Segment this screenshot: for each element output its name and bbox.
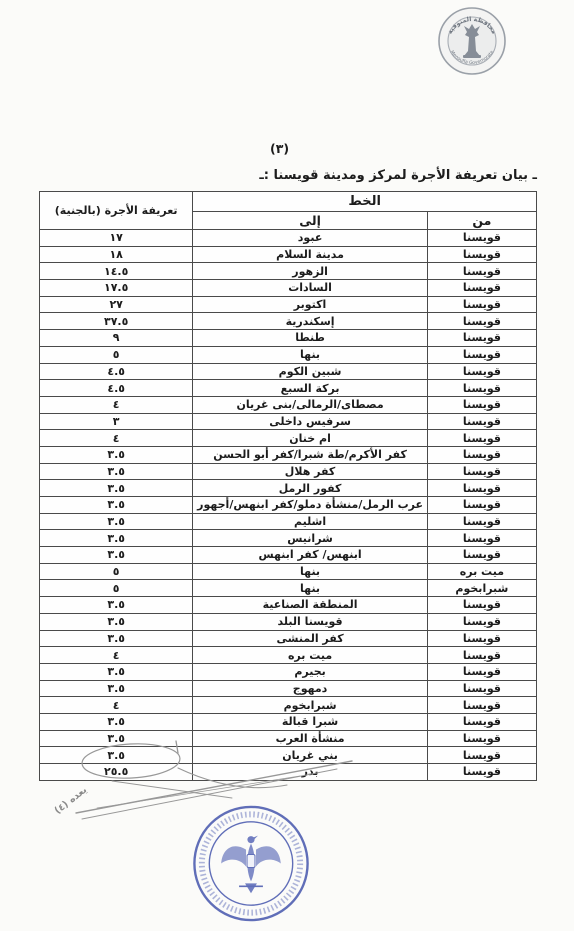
fare-row: قويسناشبين الكوم٤.٥ — [40, 363, 537, 380]
fare-cell: ٣.٥ — [40, 630, 193, 647]
fare-cell: ١٨ — [40, 246, 193, 263]
to-cell: منشأة العرب — [193, 730, 427, 747]
fare-cell: ١٧.٥ — [40, 280, 193, 297]
scanned-document-page: { "page": { "number_label": "(٣)", "titl… — [0, 0, 574, 931]
to-cell: المنطقة الصناعية — [193, 597, 427, 614]
to-cell: مدينة السلام — [193, 246, 427, 263]
from-cell: قويسنا — [427, 246, 536, 263]
to-cell: طنطا — [193, 330, 427, 347]
fare-cell: ٣.٥ — [40, 513, 193, 530]
from-cell: قويسنا — [427, 680, 536, 697]
fare-row: قويسناالمنطقة الصناعية٣.٥ — [40, 597, 537, 614]
fare-row: قويسنامدينة السلام١٨ — [40, 246, 537, 263]
from-cell: قويسنا — [427, 380, 536, 397]
from-cell: قويسنا — [427, 313, 536, 330]
from-cell: قويسنا — [427, 730, 536, 747]
to-cell: سرفيس داخلى — [193, 413, 427, 430]
fare-row: قويسنابني غريان٣.٥ — [40, 747, 537, 764]
table-group-header-row: الخط تعريفة الأجرة (بالجنية) — [40, 192, 537, 212]
fare-row: قويسناسرفيس داخلى٣ — [40, 413, 537, 430]
fare-cell: ٣.٥ — [40, 680, 193, 697]
fare-cell: ٤ — [40, 697, 193, 714]
to-cell: إسكندرية — [193, 313, 427, 330]
fare-cell: ٣ — [40, 413, 193, 430]
fare-cell: ٣.٥ — [40, 597, 193, 614]
to-cell: ام خنان — [193, 430, 427, 447]
from-cell: قويسنا — [427, 663, 536, 680]
column-group-line: الخط — [193, 192, 537, 212]
to-cell: بني غريان — [193, 747, 427, 764]
from-cell: قويسنا — [427, 280, 536, 297]
fare-row: قويسناشبرابخوم٤ — [40, 697, 537, 714]
to-cell: السادات — [193, 280, 427, 297]
fare-cell: ٤ — [40, 430, 193, 447]
fare-row: قويسنااشليم٣.٥ — [40, 513, 537, 530]
to-cell: بنها — [193, 346, 427, 363]
fare-cell: ٥ — [40, 563, 193, 580]
to-cell: قويسنا البلد — [193, 613, 427, 630]
fare-row: قويسنامنشأة العرب٣.٥ — [40, 730, 537, 747]
fare-cell: ٣٧.٥ — [40, 313, 193, 330]
fare-cell: ٤ — [40, 647, 193, 664]
fare-row: قويسناعرب الرمل/منشأة دملو/كفر ابنهس/أجه… — [40, 497, 537, 514]
column-header-fare: تعريفة الأجرة (بالجنية) — [40, 192, 193, 230]
from-cell: قويسنا — [427, 513, 536, 530]
from-cell: قويسنا — [427, 613, 536, 630]
to-cell: بنها — [193, 563, 427, 580]
to-cell: ميت بره — [193, 647, 427, 664]
fare-row: قويسناابنهس/ كفر ابنهس٣.٥ — [40, 547, 537, 564]
to-cell: عبود — [193, 230, 427, 247]
fare-cell: ٣.٥ — [40, 663, 193, 680]
fare-row: قويسناكفر الأكرم/طة شبرا/كفر أبو الحسن٣.… — [40, 446, 537, 463]
fare-table: الخط تعريفة الأجرة (بالجنية) من إلى قويس… — [39, 191, 537, 781]
fare-row: قويسنااكتوبر٢٧ — [40, 296, 537, 313]
fare-cell: ٣.٥ — [40, 480, 193, 497]
fare-cell: ١٤.٥ — [40, 263, 193, 280]
fare-cell: ٥ — [40, 580, 193, 597]
from-cell: قويسنا — [427, 530, 536, 547]
to-cell: اشليم — [193, 513, 427, 530]
from-cell: قويسنا — [427, 463, 536, 480]
fare-row: قويسنابركة السبع٤.٥ — [40, 380, 537, 397]
fare-table-body: قويسناعبود١٧قويسنامدينة السلام١٨قويسناال… — [40, 230, 537, 781]
fare-cell: ٣.٥ — [40, 713, 193, 730]
fare-cell: ٣.٥ — [40, 613, 193, 630]
fare-cell: ٣.٥ — [40, 446, 193, 463]
to-cell: شبرابخوم — [193, 697, 427, 714]
to-cell: بدر — [193, 764, 427, 781]
from-cell: قويسنا — [427, 630, 536, 647]
official-eagle-stamp-icon — [189, 792, 313, 931]
to-cell: كفر الأكرم/طة شبرا/كفر أبو الحسن — [193, 446, 427, 463]
fare-cell: ٥ — [40, 346, 193, 363]
fare-row: قويسناام خنان٤ — [40, 430, 537, 447]
fare-cell: ٣.٥ — [40, 747, 193, 764]
fare-cell: ١٧ — [40, 230, 193, 247]
to-cell: عرب الرمل/منشأة دملو/كفر ابنهس/أجهور — [193, 497, 427, 514]
to-cell: ابنهس/ كفر ابنهس — [193, 547, 427, 564]
fare-row: قويسنابجيرم٣.٥ — [40, 663, 537, 680]
from-cell: قويسنا — [427, 747, 536, 764]
fare-row: قويسناقويسنا البلد٣.٥ — [40, 613, 537, 630]
from-cell: قويسنا — [427, 647, 536, 664]
fare-cell: ٣.٥ — [40, 530, 193, 547]
from-cell: قويسنا — [427, 446, 536, 463]
fare-row: ميت برهبنها٥ — [40, 563, 537, 580]
to-cell: شبين الكوم — [193, 363, 427, 380]
column-header-from: من — [427, 212, 536, 230]
menoufia-governorate-emblem-icon: محافظة المنوفية Menoufia Governorate — [437, 6, 507, 76]
to-cell: اكتوبر — [193, 296, 427, 313]
from-cell: قويسنا — [427, 497, 536, 514]
from-cell: قويسنا — [427, 697, 536, 714]
fare-cell: ٣.٥ — [40, 463, 193, 480]
fare-row: قويسناالزهور١٤.٥ — [40, 263, 537, 280]
fare-row: قويسنابنها٥ — [40, 346, 537, 363]
from-cell: قويسنا — [427, 330, 536, 347]
fare-cell: ٤.٥ — [40, 380, 193, 397]
to-cell: كفر المنشى — [193, 630, 427, 647]
to-cell: بجيرم — [193, 663, 427, 680]
from-cell: قويسنا — [427, 480, 536, 497]
fare-cell: ٩ — [40, 330, 193, 347]
from-cell: قويسنا — [427, 713, 536, 730]
fare-row: شبرابخومبنها٥ — [40, 580, 537, 597]
to-cell: بنها — [193, 580, 427, 597]
from-cell: شبرابخوم — [427, 580, 536, 597]
fare-cell: ٤.٥ — [40, 363, 193, 380]
fare-row: قويسنامصطاى/الرمالى/بنى غريان٤ — [40, 396, 537, 413]
from-cell: ميت بره — [427, 563, 536, 580]
to-cell: الزهور — [193, 263, 427, 280]
fare-cell: ٤ — [40, 396, 193, 413]
to-cell: مصطاى/الرمالى/بنى غريان — [193, 396, 427, 413]
from-cell: قويسنا — [427, 430, 536, 447]
fare-row: قويسناشرانيس٣.٥ — [40, 530, 537, 547]
from-cell: قويسنا — [427, 396, 536, 413]
fare-cell: ٣.٥ — [40, 497, 193, 514]
fare-row: قويسناكفور الرمل٣.٥ — [40, 480, 537, 497]
from-cell: قويسنا — [427, 263, 536, 280]
column-header-to: إلى — [193, 212, 427, 230]
fare-cell: ٢٧ — [40, 296, 193, 313]
fare-row: قويسنابدر٢٥.٥ — [40, 764, 537, 781]
to-cell: دمهوج — [193, 680, 427, 697]
fare-row: قويسناعبود١٧ — [40, 230, 537, 247]
from-cell: قويسنا — [427, 346, 536, 363]
from-cell: قويسنا — [427, 597, 536, 614]
fare-cell: ٢٥.٥ — [40, 764, 193, 781]
from-cell: قويسنا — [427, 230, 536, 247]
to-cell: كفر هلال — [193, 463, 427, 480]
fare-row: قويسناكفر هلال٣.٥ — [40, 463, 537, 480]
fare-row: قويسناميت بره٤ — [40, 647, 537, 664]
to-cell: بركة السبع — [193, 380, 427, 397]
from-cell: قويسنا — [427, 363, 536, 380]
fare-row: قويسنادمهوج٣.٥ — [40, 680, 537, 697]
page-title: ـ بيان تعريفة الأجرة لمركز ومدينة قويسنا… — [259, 168, 537, 183]
from-cell: قويسنا — [427, 296, 536, 313]
fare-row: قويسناإسكندرية٣٧.٥ — [40, 313, 537, 330]
fare-row: قويسناكفر المنشى٣.٥ — [40, 630, 537, 647]
page-number: (٣) — [270, 141, 289, 156]
to-cell: شبرا قبالة — [193, 713, 427, 730]
from-cell: قويسنا — [427, 547, 536, 564]
fare-cell: ٣.٥ — [40, 547, 193, 564]
to-cell: شرانيس — [193, 530, 427, 547]
from-cell: قويسنا — [427, 764, 536, 781]
from-cell: قويسنا — [427, 413, 536, 430]
to-cell: كفور الرمل — [193, 480, 427, 497]
handwritten-note: يعده (٤) — [53, 785, 90, 817]
fare-row: قويسناالسادات١٧.٥ — [40, 280, 537, 297]
fare-row: قويسناطنطا٩ — [40, 330, 537, 347]
fare-row: قويسناشبرا قبالة٣.٥ — [40, 713, 537, 730]
fare-cell: ٣.٥ — [40, 730, 193, 747]
